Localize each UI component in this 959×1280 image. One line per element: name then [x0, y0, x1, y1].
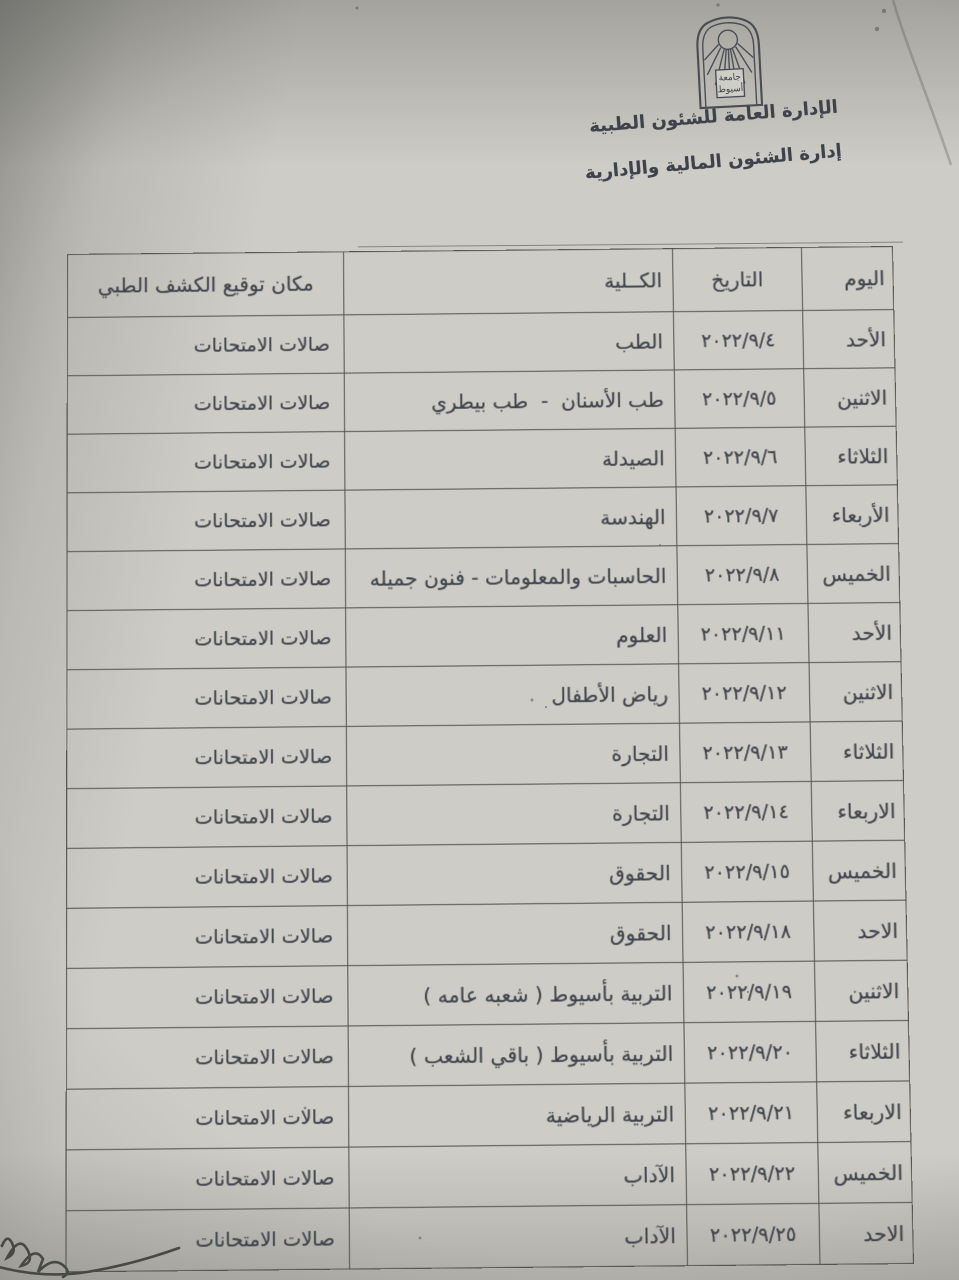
- table-row: الأحد٢٠٢٢/٩/١١العلومصالات الامتحانات: [67, 603, 901, 670]
- cell-college: التجارة: [347, 783, 681, 846]
- cell-day: الاحد: [819, 1202, 914, 1264]
- table-row: الاثنين٢٠٢٢/٩/٥طب الأسنان - طب بيطريصالا…: [67, 368, 896, 434]
- table-row: الخميس٢٠٢٢/٩/٨الحاسبات والمعلومات - فنون…: [67, 544, 900, 611]
- cell-date: ٢٠٢٢/٩/٧: [676, 486, 807, 546]
- cell-place: صالات الامتحانات: [66, 1086, 349, 1149]
- cell-college: الصيدلة: [345, 428, 676, 490]
- cell-date: ٢٠٢٢/٩/١١: [677, 603, 809, 663]
- table-row: الخميس٢٠٢٢/٩/٢٢الآدابصالات الامتحانات: [66, 1142, 912, 1211]
- cell-day: الاحد: [813, 900, 907, 961]
- cell-day: الاثنين: [804, 368, 897, 427]
- cell-day: الاربعاء: [811, 781, 905, 842]
- cell-college: التربية بأسيوط ( باقي الشعب ): [348, 1023, 684, 1087]
- cell-day: الاثنين: [809, 662, 902, 722]
- table-row: الأربعاء٢٠٢٢/٩/٧الهندسةصالات الامتحانات: [67, 485, 899, 552]
- cell-day: الثلاثاء: [810, 721, 903, 781]
- table-row: الاثنين٢٠٢٢/٩/١٩التربية بأسيوط ( شعبه عا…: [66, 960, 908, 1029]
- cell-college: الهندسة: [345, 487, 676, 549]
- cell-place: صالات الامتحانات: [66, 1026, 349, 1089]
- cell-college: التجارة: [347, 723, 680, 786]
- table-row: الاربعاء٢٠٢٢/٩/١٤التجارةصالات الامتحانات: [67, 781, 905, 849]
- cell-place: صالات الامتحانات: [67, 846, 348, 909]
- cell-date: ٢٠٢٢/٩/٢٥: [686, 1203, 820, 1265]
- signature-scribble: [0, 1220, 202, 1280]
- table-row: الأحد٢٠٢٢/٩/٤الطبصالات الامتحانات: [67, 310, 895, 376]
- col-header-college: الكــلية: [344, 249, 673, 315]
- cell-place: صالات الامتحانات: [67, 315, 344, 376]
- cell-college: الطب: [344, 312, 674, 373]
- table-row: الخميس٢٠٢٢/٩/١٥الحقوقصالات الامتحانات: [67, 840, 906, 908]
- cell-college: الآداب: [349, 1144, 686, 1208]
- cell-place: صالات الامتحانات: [67, 667, 347, 729]
- cell-date: ٢٠٢٢/٩/١٨: [682, 901, 815, 962]
- cell-day: الأربعاء: [806, 485, 899, 545]
- cell-day: الخميس: [818, 1142, 913, 1204]
- cell-place: صالات الامتحانات: [67, 786, 348, 848]
- cell-day: الأحد: [803, 310, 895, 369]
- col-header-day: اليوم: [801, 247, 893, 311]
- cell-place: صالات الامتحانات: [67, 490, 346, 551]
- table-row: الثلاثاء٢٠٢٢/٩/٢٠التربية بأسيوط ( باقي ا…: [66, 1020, 909, 1089]
- cell-date: ٢٠٢٢/٩/٢٠: [684, 1021, 817, 1083]
- table-row: الاربعاء٢٠٢٢/٩/٢١التربية الرياضيةصالات ا…: [66, 1081, 911, 1150]
- col-header-place: مكان توقيع الكشف الطبي: [67, 252, 344, 318]
- cell-day: الثلاثاء: [805, 426, 898, 485]
- cell-place: صالات الامتحانات: [67, 608, 346, 670]
- cell-place: صالات الامتحانات: [67, 549, 346, 611]
- cell-college: التربية بأسيوط ( شعبه عامه ): [348, 962, 683, 1026]
- crease-line: [893, 0, 951, 165]
- cell-day: الاربعاء: [817, 1081, 911, 1143]
- cell-day: الثلاثاء: [815, 1020, 909, 1081]
- cell-college: العلوم: [346, 605, 678, 667]
- cell-college: طب الأسنان - طب بيطري: [345, 370, 675, 432]
- table-row: الثلاثاء٢٠٢٢/٩/٦الصيدلةصالات الامتحانات: [67, 426, 897, 493]
- cell-day: الأحد: [808, 603, 901, 663]
- cell-place: صالات الامتحانات: [67, 432, 345, 493]
- cell-college: الحقوق: [347, 842, 681, 905]
- cell-date: ٢٠٢٢/٩/١٥: [681, 841, 813, 902]
- table-row: الاثنين٢٠٢٢/٩/١٢رياض الأطفالصالات الامتح…: [67, 662, 902, 729]
- cell-college: الحاسبات والمعلومات - فنون جميله: [346, 546, 678, 608]
- cell-place: صالات الامتحانات: [67, 373, 345, 434]
- cell-date: ٢٠٢٢/٩/٦: [675, 427, 806, 487]
- logo-text-line1: جامعة: [718, 72, 741, 83]
- cell-day: الخميس: [812, 840, 906, 901]
- cell-date: ٢٠٢٢/٩/٢١: [684, 1082, 817, 1144]
- table-row: الثلاثاء٢٠٢٢/٩/١٣التجارةصالات الامتحانات: [67, 721, 904, 789]
- cell-college: الآداب: [350, 1205, 688, 1269]
- org-title-financial-admin: إدارة الشئون المالية والإدارية: [641, 140, 842, 178]
- schedule-table: اليوم التاريخ الكــلية مكان توقيع الكشف …: [65, 246, 913, 1272]
- scanned-document-page: جامعة أسيوط الإدارة العامة للشئون الطبية…: [0, 0, 959, 1280]
- cell-college: الحقوق: [348, 902, 683, 965]
- col-header-date: التاريخ: [672, 247, 802, 311]
- cell-college: رياض الأطفال: [346, 664, 679, 727]
- cell-day: الخميس: [807, 544, 900, 604]
- cell-date: ٢٠٢٢/٩/١٩: [683, 961, 816, 1023]
- cell-date: ٢٠٢٢/٩/١٣: [679, 722, 811, 783]
- cell-place: صالات الامتحانات: [66, 1147, 349, 1211]
- cell-date: ٢٠٢٢/٩/٨: [676, 544, 807, 604]
- cell-place: صالات الامتحانات: [66, 966, 348, 1029]
- cell-date: ٢٠٢٢/٩/٤: [673, 310, 804, 369]
- header-row: اليوم التاريخ الكــلية مكان توقيع الكشف …: [67, 247, 893, 318]
- university-logo: جامعة أسيوط: [692, 12, 767, 112]
- cell-date: ٢٠٢٢/٩/٥: [674, 369, 805, 429]
- schedule-table-body: الأحد٢٠٢٢/٩/٤الطبصالات الامتحاناتالاثنين…: [66, 310, 913, 1272]
- schedule-table-header: اليوم التاريخ الكــلية مكان توقيع الكشف …: [67, 247, 893, 318]
- cell-day: الاثنين: [814, 960, 908, 1021]
- cell-college: التربية الرياضية: [349, 1083, 686, 1147]
- cell-date: ٢٠٢٢/٩/١٢: [678, 663, 810, 724]
- table-row: الاحد٢٠٢٢/٩/١٨الحقوقصالات الامتحانات: [66, 900, 907, 968]
- cell-date: ٢٠٢٢/٩/٢٢: [685, 1143, 818, 1205]
- logo-name-plaque: جامعة أسيوط: [716, 69, 745, 98]
- cell-place: صالات الامتحانات: [66, 906, 348, 969]
- cell-place: صالات الامتحانات: [67, 726, 347, 788]
- cell-date: ٢٠٢٢/٩/١٤: [680, 781, 812, 842]
